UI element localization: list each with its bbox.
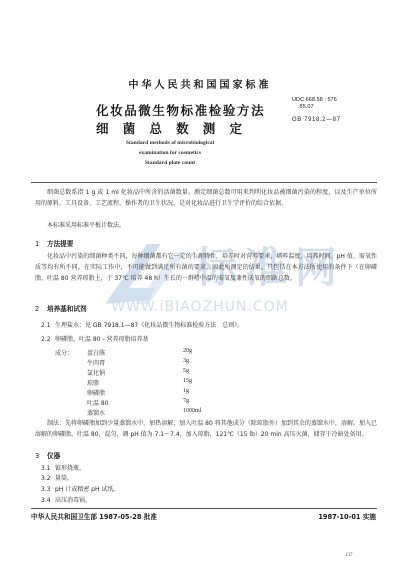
english-title-line-3: Standard plate count — [0, 160, 340, 166]
preparation-paragraph: 制法：先将卵磷脂加到少量蒸馏水中，加热溶解，加入吐温 80 将其他成分（除琼脂外… — [35, 418, 377, 440]
composition-row: 吐温 807g — [87, 398, 287, 407]
item-number: 3.4 — [41, 497, 55, 504]
section-1-heading: 1方法提要 — [35, 238, 73, 248]
ingredient-amount: 1g — [183, 388, 189, 397]
item-3-1: 3.1锥形烧瓶。 — [41, 463, 85, 472]
item-text: pH 计或精密 pH 试纸。 — [55, 486, 119, 493]
ingredient-name: 牛肉膏 — [87, 358, 183, 367]
item-number: 2.2 — [41, 336, 55, 343]
composition-row: 卵磷脂1g — [87, 388, 287, 397]
english-title-line-2: examination for cosmetics — [0, 150, 340, 156]
page-number: 137 — [345, 553, 353, 558]
section-number: 2 — [35, 305, 47, 313]
item-text: 生理盐水：见 GB 7918.1—87《化妆品微生物标准检验方法 总则》。 — [55, 322, 243, 329]
section-2-heading: 2培养基和试剂 — [35, 303, 87, 313]
header-divider — [31, 182, 377, 183]
english-title-line-1: Standard methods of microbiological — [0, 140, 340, 146]
item-3-2: 3.2量筒。 — [41, 473, 73, 482]
composition-row: 牛肉膏3g — [87, 358, 287, 367]
ingredient-amount: 20g — [183, 348, 192, 357]
intro-paragraph: 细菌总数系指 1 g 或 1 ml 化妆品中所含的活菌数量。测定细菌总数可用来判… — [35, 187, 377, 209]
item-3-4: 3.4高压消毒锅。 — [41, 495, 91, 504]
footer-divider — [31, 508, 377, 509]
ingredient-name: 蒸馏水 — [87, 408, 183, 417]
composition-row: 琼脂15g — [87, 378, 287, 387]
title-char: 定 — [229, 119, 242, 137]
ingredient-amount: 7g — [183, 398, 189, 407]
document-title-line-2: 细 菌 总 数 测 定 — [96, 119, 242, 137]
ingredient-name: 蛋白胨 — [87, 348, 183, 357]
item-2-1: 2.1生理盐水：见 GB 7918.1—87《化妆品微生物标准检验方法 总则》。 — [41, 320, 243, 329]
section-3-heading: 3仪器 — [35, 450, 60, 460]
title-char: 测 — [203, 119, 216, 137]
section-number: 3 — [35, 452, 47, 460]
udc-line-1: UDC 668.58 : 576 — [292, 97, 337, 104]
ingredient-name: 吐温 80 — [87, 398, 183, 407]
composition-row: 蒸馏水1000ml — [87, 408, 287, 417]
udc-line-2: .85.07 — [292, 104, 337, 111]
item-text: 高压消毒锅。 — [55, 497, 91, 504]
item-text: 锥形烧瓶。 — [55, 465, 85, 472]
ingredient-amount: 5g — [183, 368, 189, 377]
section-title: 方法提要 — [47, 240, 73, 248]
ingredient-amount: 1000ml — [183, 408, 201, 417]
item-number: 3.1 — [41, 465, 55, 472]
item-number: 3.3 — [41, 486, 55, 493]
title-char: 细 — [96, 119, 109, 137]
national-standard-heading: 中华人民共和国国家标准 — [0, 76, 400, 91]
composition-row: 蛋白胨20g — [87, 348, 287, 357]
item-number: 2.1 — [41, 322, 55, 329]
section-title: 培养基和试剂 — [47, 305, 87, 313]
intro-method-statement: 本标准采用标准平板计数法。 — [35, 220, 377, 231]
title-char: 菌 — [123, 119, 136, 137]
ingredient-name: 琼脂 — [87, 378, 183, 387]
approval-info: 中华人民共和国卫生部 1987-05-28 批准 — [31, 511, 157, 521]
udc-classification: UDC 668.58 : 576 .85.07 — [292, 97, 337, 111]
implementation-date: 1987-10-01 实施 — [318, 511, 376, 521]
ingredient-name: 卵磷脂 — [87, 388, 183, 397]
composition-label: 成分： — [55, 348, 73, 357]
item-3-3: 3.3pH 计或精密 pH 试纸。 — [41, 484, 119, 493]
ingredient-amount: 3g — [183, 358, 189, 367]
item-2-2: 2.2卵磷脂、吐温 80 - 营养琼脂培养基 — [41, 334, 149, 343]
section-title: 仪器 — [47, 452, 60, 460]
ingredient-amount: 15g — [183, 378, 192, 387]
section-1-body: 化妆品中污染的细菌种类不同，每种细菌都有它一定的生理特性，培养时对营养要求、培养… — [35, 251, 377, 284]
document-title-line-1: 化妆品微生物标准检验方法 — [96, 101, 265, 119]
title-char: 数 — [176, 119, 189, 137]
item-text: 量筒。 — [55, 475, 73, 482]
title-char: 总 — [149, 119, 162, 137]
composition-row: 氯化钠5g — [87, 368, 287, 377]
item-text: 卵磷脂、吐温 80 - 营养琼脂培养基 — [55, 336, 149, 343]
gb-standard-code: GB 7918.2—87 — [292, 117, 341, 123]
item-number: 3.2 — [41, 475, 55, 482]
ingredient-name: 氯化钠 — [87, 368, 183, 377]
section-number: 1 — [35, 240, 47, 248]
